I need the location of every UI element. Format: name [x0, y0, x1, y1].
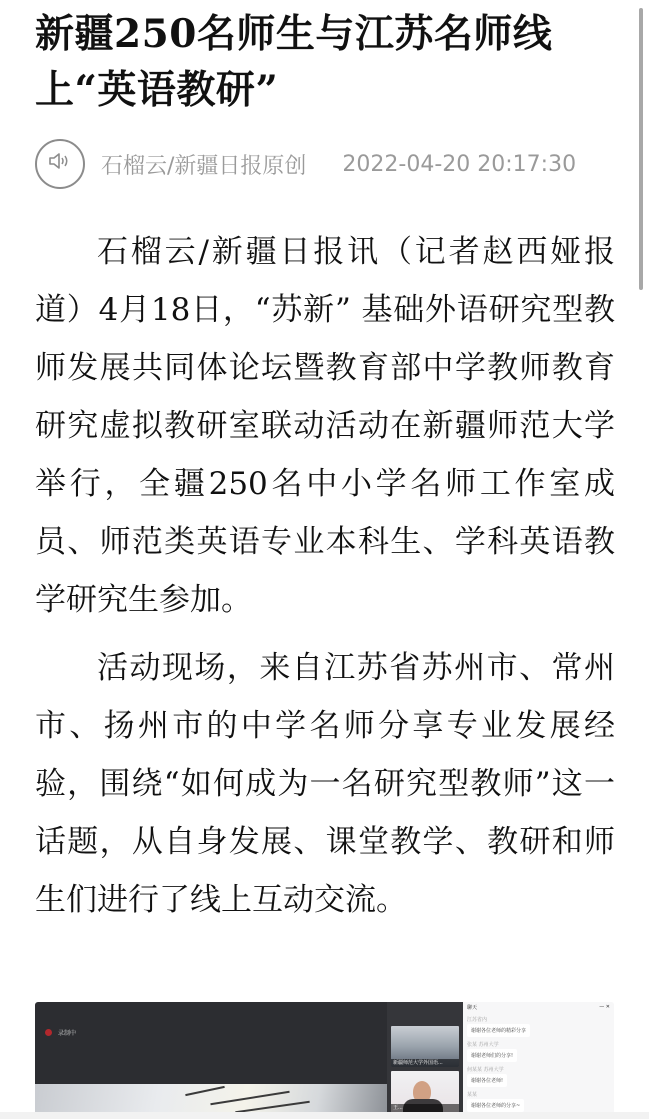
article-source: 石榴云/新疆日报原创	[101, 149, 306, 180]
chat-title: 聊天	[467, 1004, 477, 1011]
participant-name: 新疆师范大学外国语...	[391, 1059, 459, 1067]
article-paragraph: 石榴云/新疆日报讯（记者赵西娅报道）4月18日，“苏新” 基础外语研究型教师发展…	[35, 223, 615, 629]
article-meta: 石榴云/新疆日报原创 2022-04-20 20:17:30	[35, 138, 576, 190]
recording-indicator: 录制中	[45, 1028, 76, 1037]
chat-message: 江苏省内 谢谢各位老师的精彩分享	[463, 1016, 614, 1037]
chat-message: 张某 苏州大学 谢谢老师们的分享!	[463, 1041, 614, 1062]
chat-sender: 某某	[467, 1091, 610, 1098]
page-scrollbar[interactable]	[639, 8, 643, 290]
participant-name: 王...	[391, 1104, 459, 1112]
publish-datetime: 2022-04-20 20:17:30	[342, 152, 576, 177]
article-image-video-conference: 录制中 新疆师范大学外国语... 王... 聊天 — ✕ 江苏省内 谢谢各位老师…	[35, 1002, 614, 1112]
chat-bubble: 谢谢各位老师的分享~	[467, 1099, 524, 1112]
chat-panel: 聊天 — ✕ 江苏省内 谢谢各位老师的精彩分享 张某 苏州大学 谢谢老师们的分享…	[463, 1002, 614, 1112]
participant-video-strip: 新疆师范大学外国语... 王...	[387, 1002, 463, 1112]
chat-message: 何某某 苏州大学 谢谢各位老师!	[463, 1066, 614, 1087]
listen-audio-button[interactable]	[35, 139, 85, 189]
participant-tile[interactable]: 新疆师范大学外国语...	[391, 1026, 459, 1067]
recording-label: 录制中	[58, 1028, 76, 1037]
main-video-area: 录制中	[35, 1002, 387, 1112]
article-body: 石榴云/新疆日报讯（记者赵西娅报道）4月18日，“苏新” 基础外语研究型教师发展…	[35, 223, 615, 939]
chat-sender: 何某某 苏州大学	[467, 1066, 610, 1073]
bottom-divider	[0, 1112, 649, 1119]
chat-sender: 张某 苏州大学	[467, 1041, 610, 1048]
speaker-icon	[47, 151, 73, 177]
chat-bubble: 谢谢老师们的分享!	[467, 1049, 517, 1062]
chat-header: 聊天 — ✕	[463, 1002, 614, 1012]
participant-tile[interactable]: 王...	[391, 1071, 459, 1112]
chat-sender: 江苏省内	[467, 1016, 610, 1023]
close-icon[interactable]: — ✕	[599, 1004, 610, 1010]
ceiling-photo	[35, 1084, 387, 1112]
chat-bubble: 谢谢各位老师的精彩分享	[467, 1024, 530, 1037]
chat-message: 某某 谢谢各位老师的分享~	[463, 1091, 614, 1112]
record-dot-icon	[45, 1029, 52, 1036]
article-title: 新疆250名师生与江苏名师线上“英语教研”	[35, 6, 625, 118]
article-paragraph: 活动现场，来自江苏省苏州市、常州市、扬州市的中学名师分享专业发展经验，围绕“如何…	[35, 639, 615, 929]
chat-bubble: 谢谢各位老师!	[467, 1074, 507, 1087]
